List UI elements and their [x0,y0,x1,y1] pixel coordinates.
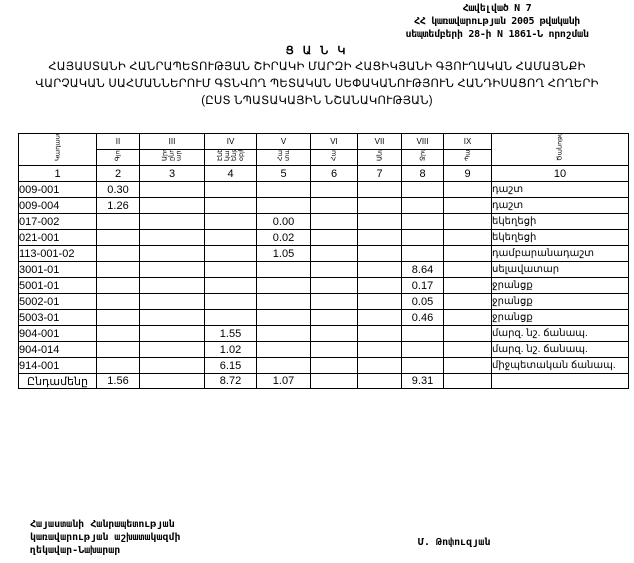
title-line-3: (ԸՍՏ ՆՊԱՏԱԿԱՅԻՆ ՆՇԱՆԱԿՈՒԹՅԱՆ) [0,93,634,110]
area-value [257,310,311,326]
note-cell: դաշտ [492,182,629,198]
area-value [444,294,492,310]
total-note [492,374,629,389]
area-value: 1.05 [257,246,311,262]
area-value [205,230,257,246]
note-cell: միջպետական ճանապ. [492,358,629,374]
area-value [358,262,402,278]
cadastral-code: 5001-01 [19,278,97,294]
area-value [402,246,444,262]
area-value [140,182,205,198]
area-value [97,278,140,294]
area-value [358,246,402,262]
area-value [358,310,402,326]
area-value [358,182,402,198]
area-value [444,230,492,246]
area-value [205,278,257,294]
note-cell: մարզ. նշ. ճանապ. [492,342,629,358]
area-value [257,358,311,374]
cadastral-code: 009-001 [19,182,97,198]
area-value [140,358,205,374]
area-value [444,262,492,278]
column-number: 4 [205,166,257,182]
note-cell: եկեղեցի [492,214,629,230]
title-line-1: ՀԱՅԱՍՏԱՆԻ ՀԱՆՐԱՊԵՏՈՒԹՅԱՆ ՇԻՐԱԿԻ ՄԱՐԶԻ ՀԱ… [0,59,634,76]
area-value [444,198,492,214]
area-value [444,326,492,342]
area-value [257,294,311,310]
area-value: 1.26 [97,198,140,214]
area-value [205,182,257,198]
table-row: 3001-018.64սելավատար [19,262,629,278]
header-note: Ծանոթագրություն [492,134,629,166]
table-row: 009-0041.26դաշտ [19,198,629,214]
area-value [205,198,257,214]
table-row: 017-0020.00եկեղեցի [19,214,629,230]
area-value [97,294,140,310]
column-number: 8 [402,166,444,182]
note-cell: սելավատար [492,262,629,278]
title-line-2: ՎԱՐՉԱԿԱՆ ՍԱՀՄԱՆՆԵՐՈՒՄ ԳՏՆՎՈՂ ՊԵՏԱԿԱՆ ՍԵՓ… [0,76,634,93]
area-value [311,246,358,262]
header-special: Հատուկ նշանակության հողեր [311,150,358,166]
area-value [444,246,492,262]
area-value [97,262,140,278]
roman-IX: IX [444,134,492,150]
area-value: 8.64 [402,262,444,278]
area-value [358,230,402,246]
area-value [311,182,358,198]
annex-reference: Հավելված N 7 ՀՀ կառավարության 2005 թվակա… [360,2,634,41]
area-value [402,214,444,230]
cadastral-code: 5003-01 [19,310,97,326]
area-value [402,198,444,214]
column-number: 1 [19,166,97,182]
column-number: 10 [492,166,629,182]
table-row: 5003-010.46ջրանցք [19,310,629,326]
roman-III: III [140,134,205,150]
area-value [140,342,205,358]
area-value [358,342,402,358]
column-number: 9 [444,166,492,182]
header-forest: Անտառային հողեր [358,150,402,166]
column-number: 5 [257,166,311,182]
title-heading: Ց Ա Ն Կ [0,43,634,59]
area-value [311,262,358,278]
area-value [140,294,205,310]
area-value [205,214,257,230]
total-row: Ընդամենը1.568.721.079.31 [19,374,629,389]
header-water: Ջրային հողեր [402,150,444,166]
area-value [140,278,205,294]
area-value [257,342,311,358]
table-row: 914-0016.15միջպետական ճանապ. [19,358,629,374]
area-value [402,230,444,246]
note-cell: եկեղեցի [492,230,629,246]
cadastral-code: 914-001 [19,358,97,374]
area-value: 6.15 [205,358,257,374]
column-number: 2 [97,166,140,182]
area-value [257,262,311,278]
cadastral-code: 904-001 [19,326,97,342]
area-value [402,342,444,358]
note-cell: ջրանցք [492,310,629,326]
area-value [257,278,311,294]
table-row: 5001-010.17ջրանցք [19,278,629,294]
area-value: 0.30 [97,182,140,198]
area-value [311,326,358,342]
signatory-name: Մ. Թոփուզյան [418,537,490,548]
signatory-title: Հայաստանի Հանրապետության կառավարության ա… [30,518,181,557]
cadastral-code: 113-001-02 [19,246,97,262]
column-number: 7 [358,166,402,182]
total-value [140,374,205,389]
header-energy-transport: Էներգետիկայի, տրանսպորտի, կապի և կոմունա… [205,150,257,166]
header-reserve: Պահուստային հողեր [444,150,492,166]
area-value [444,358,492,374]
table-row: 5002-010.05ջրանցք [19,294,629,310]
area-value [311,230,358,246]
annex-number: Հավելված N 7 [360,2,634,15]
area-value [444,214,492,230]
area-value [97,326,140,342]
area-value: 0.02 [257,230,311,246]
area-value [311,294,358,310]
area-value [444,342,492,358]
area-value: 0.17 [402,278,444,294]
area-value [140,326,205,342]
area-value [97,342,140,358]
cadastral-code: 021-001 [19,230,97,246]
area-value [97,214,140,230]
area-value [444,182,492,198]
column-number: 3 [140,166,205,182]
area-value [257,198,311,214]
area-value [140,198,205,214]
header-agricultural: Գյուղատնտեսական [97,150,140,166]
note-cell: դաշտ [492,198,629,214]
cadastral-code: 009-004 [19,198,97,214]
area-value [311,358,358,374]
signatory-title-line: ղեկավար-Նախարար [30,544,181,557]
area-value [358,294,402,310]
area-value [358,326,402,342]
area-value [311,310,358,326]
table-row: 021-0010.02եկեղեցի [19,230,629,246]
area-value [402,326,444,342]
area-value [205,310,257,326]
cadastral-code: 904-014 [19,342,97,358]
roman-VIII: VIII [402,134,444,150]
total-value: 9.31 [402,374,444,389]
area-value [257,182,311,198]
cadastral-code: 3001-01 [19,262,97,278]
area-value [358,358,402,374]
area-value [97,246,140,262]
area-value [311,278,358,294]
total-value [358,374,402,389]
column-number: 6 [311,166,358,182]
note-cell: մարզ. նշ. ճանապ. [492,326,629,342]
header-industrial: Արդյունաբերության, ընդերքօգտագործման և ա… [140,150,205,166]
cadastral-code: 017-002 [19,214,97,230]
total-label: Ընդամենը [19,374,97,389]
annex-decree-date: սեպտեմբերի 28-ի N 1861-Ն որոշման [360,28,634,41]
area-value [402,358,444,374]
area-value: 0.00 [257,214,311,230]
note-cell: դամբարանադաշտ [492,246,629,262]
column-number-row: 1 2 3 4 5 6 7 8 9 10 [19,166,629,182]
area-value [97,230,140,246]
area-value [444,310,492,326]
area-value [358,214,402,230]
area-value [311,214,358,230]
document-title: Ց Ա Ն Կ ՀԱՅԱՍՏԱՆԻ ՀԱՆՐԱՊԵՏՈՒԹՅԱՆ ՇԻՐԱԿԻ … [0,43,634,110]
total-value: 1.07 [257,374,311,389]
total-value: 1.56 [97,374,140,389]
area-value [97,310,140,326]
area-value [257,326,311,342]
header-cadastral-code: Կադաստրային ծածկագիրը [19,134,97,166]
area-value [205,262,257,278]
area-value [97,358,140,374]
area-value [205,246,257,262]
signatory-title-line: կառավարության աշխատակազմի [30,531,181,544]
area-value [402,182,444,198]
annex-decree-line: ՀՀ կառավարության 2005 թվականի [360,15,634,28]
roman-IV: IV [205,134,257,150]
area-value [358,278,402,294]
area-value [358,198,402,214]
area-value [140,230,205,246]
total-value [311,374,358,389]
table-row: 113-001-021.05դամբարանադաշտ [19,246,629,262]
area-value [311,342,358,358]
area-value: 1.55 [205,326,257,342]
area-value: 1.02 [205,342,257,358]
area-value [311,198,358,214]
signatory-title-line: Հայաստանի Հանրապետության [30,518,181,531]
land-table: Կադաստրային ծածկագիրը II III IV V VI VII… [18,133,629,389]
table-row: 904-0141.02մարզ. նշ. ճանապ. [19,342,629,358]
table-row: 904-0011.55մարզ. նշ. ճանապ. [19,326,629,342]
roman-VI: VI [311,134,358,150]
roman-II: II [97,134,140,150]
roman-header-row: Կադաստրային ծածկագիրը II III IV V VI VII… [19,134,629,150]
total-value [444,374,492,389]
area-value [140,246,205,262]
header-protected: Հատուկ պահպանվող տարածքների հողեր [257,150,311,166]
area-value [444,278,492,294]
roman-V: V [257,134,311,150]
note-cell: ջրանցք [492,294,629,310]
area-value: 0.46 [402,310,444,326]
area-value [205,294,257,310]
area-value [140,214,205,230]
note-cell: ջրանցք [492,278,629,294]
cadastral-code: 5002-01 [19,294,97,310]
table-row: 009-0010.30դաշտ [19,182,629,198]
area-value [140,262,205,278]
area-value: 0.05 [402,294,444,310]
roman-VII: VII [358,134,402,150]
area-value [140,310,205,326]
total-value: 8.72 [205,374,257,389]
